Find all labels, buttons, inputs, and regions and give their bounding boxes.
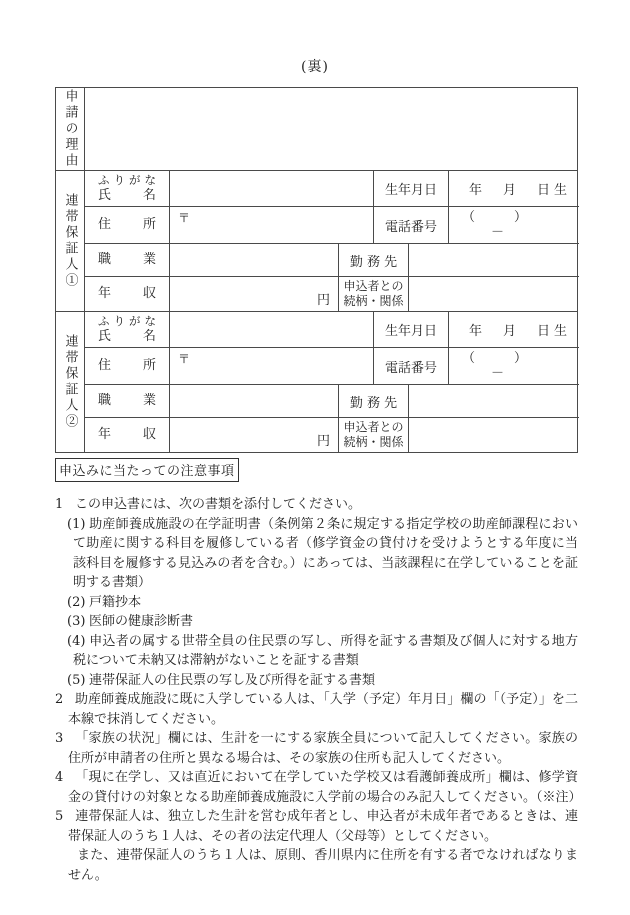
birth-date-label: 生年月日 (385, 179, 437, 198)
note-text: この申込書には、次の書類を添付してください。 (75, 497, 361, 512)
income-unit-label: 円 (317, 289, 330, 308)
name-row: ふりがな 氏 名 生年月日 年 月 日生 (84, 312, 579, 347)
relation-label-cell: 申込者との 続柄・関係 (338, 277, 408, 311)
address-row: 住 所 〒 電話番号 （ ） － (84, 206, 579, 243)
name-input-cell (169, 312, 373, 347)
reason-input-cell (84, 88, 577, 170)
note-item-4: 4「現に在学し、又は直近において在学していた学校又は看護師養成所」欄は、修学資金… (68, 768, 578, 807)
income-label: 年 収 (98, 427, 156, 443)
postal-mark: 〒 (178, 350, 190, 367)
relation-label-line2: 続柄・関係 (343, 294, 403, 309)
occupation-input-cell (169, 244, 338, 276)
name-label: 氏 名 (98, 329, 156, 345)
income-input-cell: 円 (169, 277, 338, 311)
furigana-label: ふりがな (98, 314, 156, 329)
relation-label-line1: 申込者との (343, 420, 403, 435)
name-label-cell: ふりがな 氏 名 (84, 171, 169, 206)
subnote-text: 申込者の属する世帯全員の住民票の写し、所得を証する書類及び個人に対する地方税につ… (73, 634, 578, 669)
subnote-number: (4) (67, 632, 89, 652)
form-back-page: (裏) 申請の理由 連帯保証人① ふりがな 氏 名 (0, 0, 630, 915)
note-number: 5 (55, 807, 75, 827)
relation-label-line2: 続柄・関係 (343, 435, 403, 450)
note-subitem-1-1: (1)助産師養成施設の在学証明書（条例第２条に規定する指定学校の助産師課程におい… (73, 515, 578, 593)
phone-paren: （ ） (462, 351, 579, 367)
subnote-text: 連帯保証人の住民票の写し及び所得を証する書類 (89, 673, 375, 688)
birth-date-placeholder: 年 月 日生 (469, 320, 571, 339)
note-text: 助産師養成施設に既に入学している人は、「入学（予定）年月日」欄の「（予定）」を二… (68, 692, 578, 727)
note-number: 2 (55, 690, 75, 710)
application-notes: 申込みに当たっての注意事項 1この申込書には、次の書類を添付してください。 (1… (55, 458, 578, 885)
guarantor-2-title: 連帯保証人② (64, 334, 77, 430)
income-label-cell: 年 収 (84, 418, 169, 452)
phone-paren: （ ） (462, 210, 579, 226)
phone-dash: － (491, 367, 579, 381)
workplace-label: 勤 務 先 (350, 251, 397, 270)
birth-date-label-cell: 生年月日 (373, 312, 448, 347)
furigana-label: ふりがな (98, 173, 156, 188)
guarantor-2-label-cell: 連帯保証人② (56, 312, 84, 452)
phone-value-cell: （ ） － (448, 348, 579, 384)
birth-date-value-cell: 年 月 日生 (448, 171, 579, 206)
income-label: 年 収 (98, 286, 156, 302)
address-label: 住 所 (98, 358, 156, 374)
subnote-text: 医師の健康診断書 (89, 614, 193, 629)
income-label-cell: 年 収 (84, 277, 169, 311)
workplace-label-cell: 勤 務 先 (338, 385, 408, 417)
note-subitem-1-5: (5)連帯保証人の住民票の写し及び所得を証する書類 (73, 671, 578, 691)
note-number: 3 (55, 729, 75, 749)
subnote-number: (1) (67, 515, 89, 535)
note-item-2: 2助産師養成施設に既に入学している人は、「入学（予定）年月日」欄の「（予定）」を… (68, 690, 578, 729)
guarantor-1-section: 連帯保証人① ふりがな 氏 名 生年月日 年 月 日生 (56, 170, 577, 311)
guarantor-1-label-cell: 連帯保証人① (56, 171, 84, 311)
note-subitem-1-3: (3)医師の健康診断書 (73, 612, 578, 632)
relation-label-line1: 申込者との (343, 279, 403, 294)
occupation-label: 職 業 (98, 393, 156, 409)
occupation-row: 職 業 勤 務 先 (84, 243, 579, 276)
page-side-label: (裏) (0, 56, 630, 76)
note-number: 1 (55, 495, 75, 515)
guarantor-2-rows: ふりがな 氏 名 生年月日 年 月 日生 住 所 (84, 312, 579, 452)
reason-label-cell: 申請の理由 (56, 88, 84, 170)
note-item-1: 1この申込書には、次の書類を添付してください。 (68, 495, 578, 515)
address-label-cell: 住 所 (84, 348, 169, 384)
note-number: 4 (55, 768, 75, 788)
note-subitem-1-2: (2)戸籍抄本 (73, 593, 578, 613)
phone-label-cell: 電話番号 (373, 348, 448, 384)
application-reason-row: 申請の理由 (56, 88, 577, 170)
occupation-input-cell (169, 385, 338, 417)
subnote-number: (3) (67, 612, 89, 632)
income-row: 年 収 円 申込者との 続柄・関係 (84, 276, 579, 311)
relation-input-cell (408, 277, 579, 311)
postal-mark: 〒 (178, 209, 190, 226)
address-input-cell: 〒 (169, 348, 373, 384)
address-label: 住 所 (98, 217, 156, 233)
occupation-label: 職 業 (98, 252, 156, 268)
workplace-input-cell (408, 385, 579, 417)
phone-label: 電話番号 (385, 357, 437, 376)
income-input-cell: 円 (169, 418, 338, 452)
birth-date-label-cell: 生年月日 (373, 171, 448, 206)
subnote-number: (2) (67, 593, 89, 613)
phone-label: 電話番号 (385, 216, 437, 235)
note-item-5: 5連帯保証人は、独立した生計を営む成年者とし、申込者が未成年者であるときは、連帯… (68, 807, 578, 846)
birth-date-value-cell: 年 月 日生 (448, 312, 579, 347)
relation-input-cell (408, 418, 579, 452)
occupation-row: 職 業 勤 務 先 (84, 384, 579, 417)
phone-label-cell: 電話番号 (373, 207, 448, 243)
note-item-5-continuation: また、連帯保証人のうち１人は、原則、香川県内に住所を有する者でなければなりません… (68, 846, 578, 885)
subnote-number: (5) (67, 671, 89, 691)
name-label-cell: ふりがな 氏 名 (84, 312, 169, 347)
address-label-cell: 住 所 (84, 207, 169, 243)
address-row: 住 所 〒 電話番号 （ ） － (84, 347, 579, 384)
name-label: 氏 名 (98, 188, 156, 204)
birth-date-placeholder: 年 月 日生 (469, 179, 571, 198)
note-text: 「家族の状況」欄には、生計を一にする家族全員について記入してください。家族の住所… (68, 731, 578, 766)
birth-date-label: 生年月日 (385, 320, 437, 339)
workplace-input-cell (408, 244, 579, 276)
occupation-label-cell: 職 業 (84, 385, 169, 417)
subnote-text: 戸籍抄本 (89, 595, 141, 610)
address-input-cell: 〒 (169, 207, 373, 243)
guarantor-form-table: 申請の理由 連帯保証人① ふりがな 氏 名 生年月日 (55, 87, 578, 453)
name-input-cell (169, 171, 373, 206)
phone-dash: － (491, 226, 579, 240)
notes-header: 申込みに当たっての注意事項 (55, 458, 239, 482)
workplace-label: 勤 務 先 (350, 392, 397, 411)
workplace-label-cell: 勤 務 先 (338, 244, 408, 276)
note-text: 連帯保証人は、独立した生計を営む成年者とし、申込者が未成年者であるときは、連帯保… (68, 809, 578, 844)
note-item-3: 3「家族の状況」欄には、生計を一にする家族全員について記入してください。家族の住… (68, 729, 578, 768)
income-row: 年 収 円 申込者との 続柄・関係 (84, 417, 579, 452)
subnote-text: 助産師養成施設の在学証明書（条例第２条に規定する指定学校の助産師課程において助産… (73, 517, 578, 591)
phone-value-cell: （ ） － (448, 207, 579, 243)
guarantor-1-title: 連帯保証人① (64, 193, 77, 289)
guarantor-2-section: 連帯保証人② ふりがな 氏 名 生年月日 年 月 日生 (56, 311, 577, 452)
note-subitem-1-4: (4)申込者の属する世帯全員の住民票の写し、所得を証する書類及び個人に対する地方… (73, 632, 578, 671)
occupation-label-cell: 職 業 (84, 244, 169, 276)
reason-label: 申請の理由 (64, 89, 77, 169)
relation-label-cell: 申込者との 続柄・関係 (338, 418, 408, 452)
income-unit-label: 円 (317, 430, 330, 449)
note-text: 「現に在学し、又は直近において在学していた学校又は看護師養成所」欄は、修学資金の… (68, 770, 582, 805)
guarantor-1-rows: ふりがな 氏 名 生年月日 年 月 日生 住 所 (84, 171, 579, 311)
name-row: ふりがな 氏 名 生年月日 年 月 日生 (84, 171, 579, 206)
notes-list: 1この申込書には、次の書類を添付してください。 (1)助産師養成施設の在学証明書… (55, 495, 578, 885)
